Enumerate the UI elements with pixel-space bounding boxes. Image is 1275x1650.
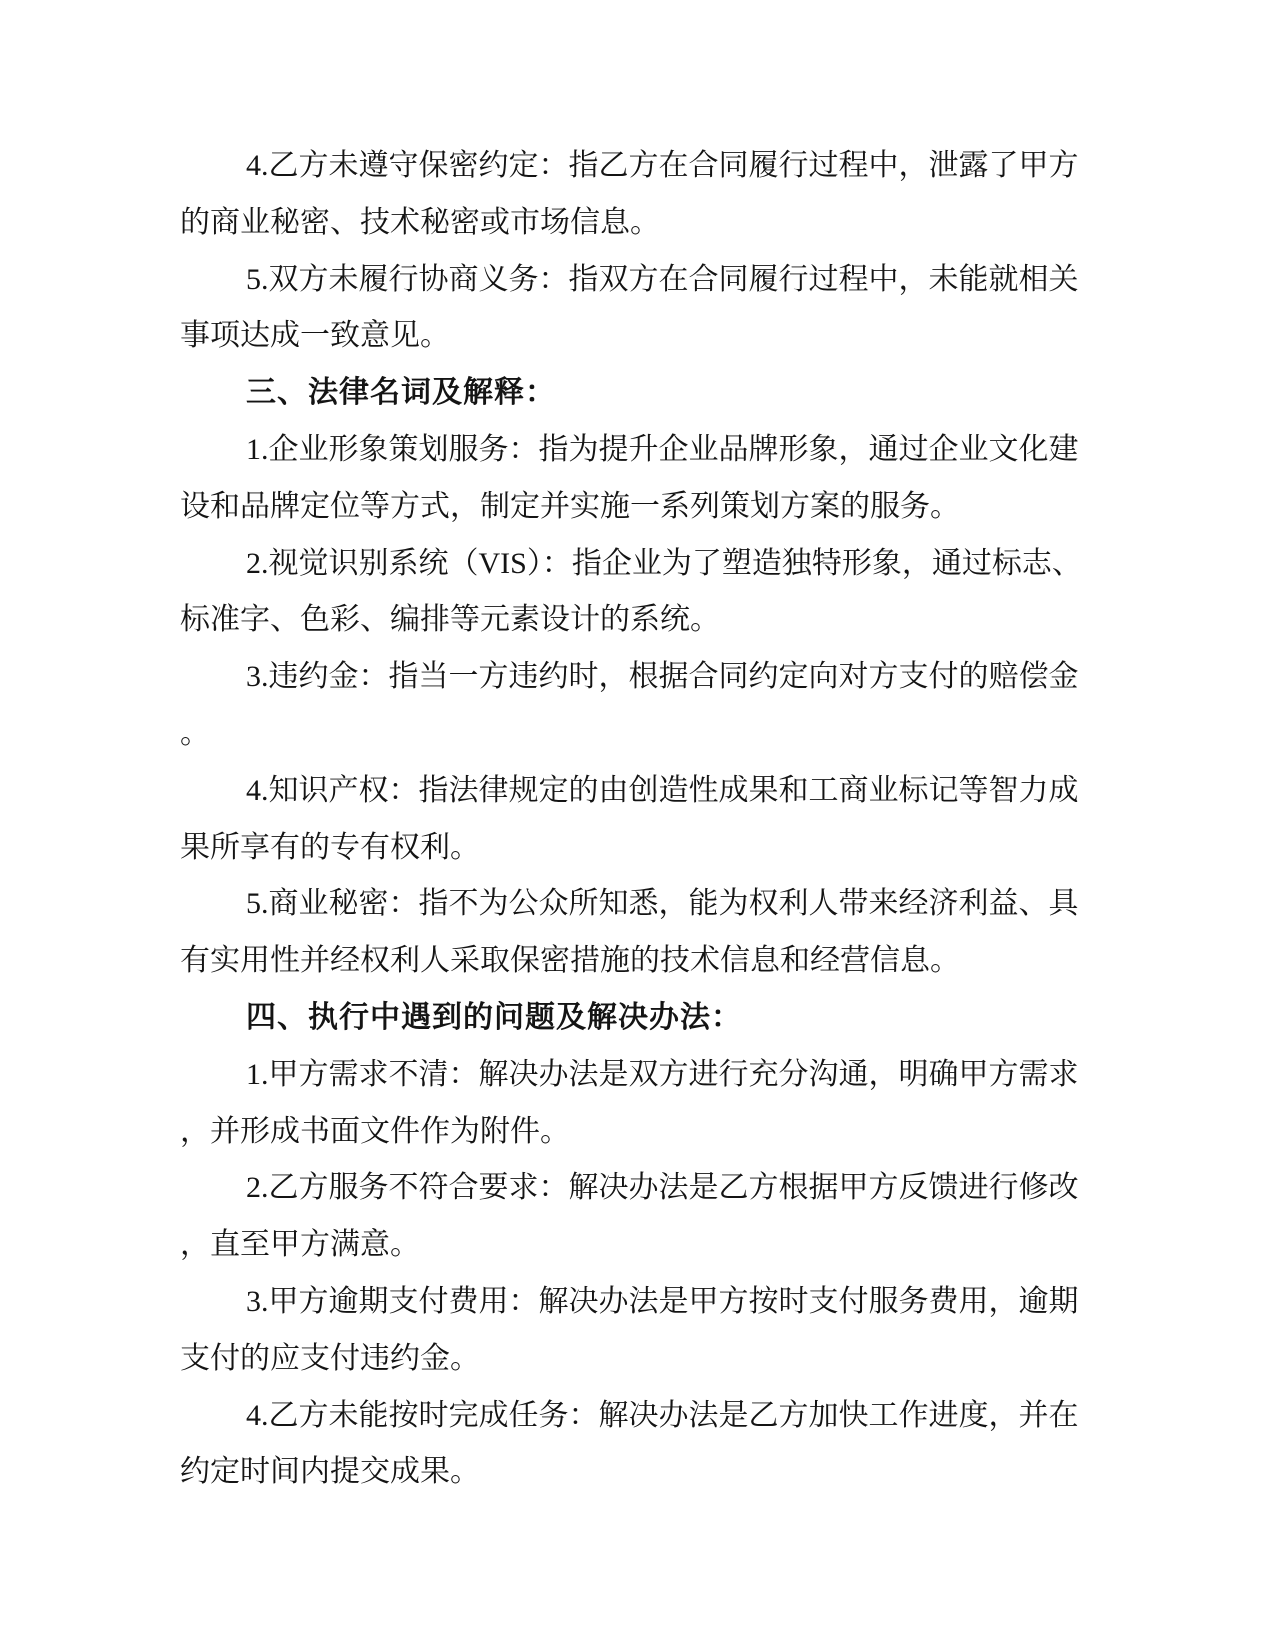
text-line: 1.甲方需求不清：解决办法是双方进行充分沟通，明确甲方需求 xyxy=(180,1047,1047,1104)
paragraph: 3.甲方逾期支付费用：解决办法是甲方按时支付服务费用，逾期 支付的应支付违约金。 xyxy=(180,1274,1047,1388)
text-line: 4.乙方未能按时完成任务：解决办法是乙方加快工作进度，并在 xyxy=(180,1388,1047,1445)
section-heading-text: 四、执行中遇到的问题及解决办法： xyxy=(180,990,1047,1047)
text-line: 设和品牌定位等方式，制定并实施一系列策划方案的服务。 xyxy=(180,479,1047,536)
paragraph: 1.企业形象策划服务：指为提升企业品牌形象，通过企业文化建 设和品牌定位等方式，… xyxy=(180,422,1047,536)
text-line: ，并形成书面文件作为附件。 xyxy=(180,1104,1047,1161)
text-line: 4.乙方未遵守保密约定：指乙方在合同履行过程中，泄露了甲方 xyxy=(180,138,1047,195)
text-line: 5.双方未履行协商义务：指双方在合同履行过程中，未能就相关 xyxy=(180,252,1047,309)
text-line: 有实用性并经权利人采取保密措施的技术信息和经营信息。 xyxy=(180,933,1047,990)
section-heading-text: 三、法律名词及解释： xyxy=(180,365,1047,422)
paragraph: 5.商业秘密：指不为公众所知悉，能为权利人带来经济利益、具 有实用性并经权利人采… xyxy=(180,876,1047,990)
text-line: 5.商业秘密：指不为公众所知悉，能为权利人带来经济利益、具 xyxy=(180,876,1047,933)
section-heading: 四、执行中遇到的问题及解决办法： xyxy=(180,990,1047,1047)
text-line: ，直至甲方满意。 xyxy=(180,1217,1047,1274)
text-line: 3.甲方逾期支付费用：解决办法是甲方按时支付服务费用，逾期 xyxy=(180,1274,1047,1331)
text-line: 约定时间内提交成果。 xyxy=(180,1444,1047,1501)
text-line: 的商业秘密、技术秘密或市场信息。 xyxy=(180,195,1047,252)
text-line: 事项达成一致意见。 xyxy=(180,308,1047,365)
paragraph: 4.乙方未遵守保密约定：指乙方在合同履行过程中，泄露了甲方 的商业秘密、技术秘密… xyxy=(180,138,1047,252)
paragraph: 5.双方未履行协商义务：指双方在合同履行过程中，未能就相关 事项达成一致意见。 xyxy=(180,252,1047,366)
paragraph: 4.乙方未能按时完成任务：解决办法是乙方加快工作进度，并在 约定时间内提交成果。 xyxy=(180,1388,1047,1502)
paragraph: 2.乙方服务不符合要求：解决办法是乙方根据甲方反馈进行修改 ，直至甲方满意。 xyxy=(180,1160,1047,1274)
section-heading: 三、法律名词及解释： xyxy=(180,365,1047,422)
text-line: 3.违约金：指当一方违约时，根据合同约定向对方支付的赔偿金 xyxy=(180,649,1047,706)
text-line: 4.知识产权：指法律规定的由创造性成果和工商业标记等智力成 xyxy=(180,763,1047,820)
text-line: 2.视觉识别系统（VIS）：指企业为了塑造独特形象，通过标志、 xyxy=(180,536,1047,593)
paragraph: 4.知识产权：指法律规定的由创造性成果和工商业标记等智力成 果所享有的专有权利。 xyxy=(180,763,1047,877)
text-line: 果所享有的专有权利。 xyxy=(180,820,1047,877)
paragraph: 1.甲方需求不清：解决办法是双方进行充分沟通，明确甲方需求 ，并形成书面文件作为… xyxy=(180,1047,1047,1161)
document-page: 4.乙方未遵守保密约定：指乙方在合同履行过程中，泄露了甲方 的商业秘密、技术秘密… xyxy=(0,0,1275,1650)
text-line: 1.企业形象策划服务：指为提升企业品牌形象，通过企业文化建 xyxy=(180,422,1047,479)
contract-text-block: 4.乙方未遵守保密约定：指乙方在合同履行过程中，泄露了甲方 的商业秘密、技术秘密… xyxy=(180,138,1047,1501)
paragraph: 3.违约金：指当一方违约时，根据合同约定向对方支付的赔偿金 。 xyxy=(180,649,1047,763)
text-line: 2.乙方服务不符合要求：解决办法是乙方根据甲方反馈进行修改 xyxy=(180,1160,1047,1217)
text-line: 。 xyxy=(180,706,1047,763)
paragraph: 2.视觉识别系统（VIS）：指企业为了塑造独特形象，通过标志、 标准字、色彩、编… xyxy=(180,536,1047,650)
text-line: 标准字、色彩、编排等元素设计的系统。 xyxy=(180,592,1047,649)
text-line: 支付的应支付违约金。 xyxy=(180,1331,1047,1388)
